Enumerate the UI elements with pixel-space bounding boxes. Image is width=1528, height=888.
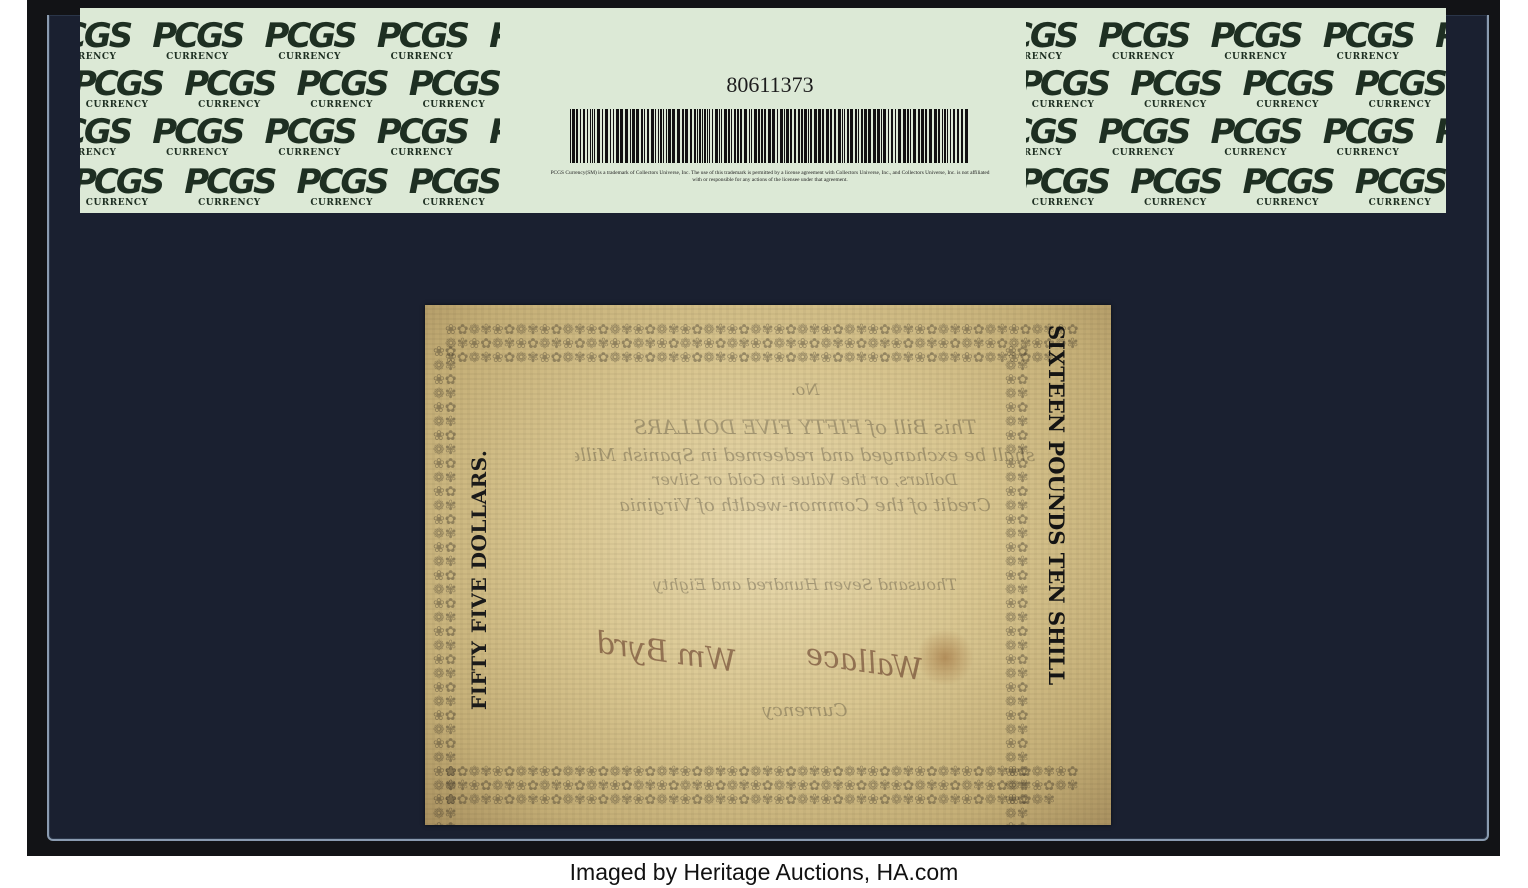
show-through-line: Thousand Seven Hundred and Eighty: [575, 575, 1035, 594]
ornament-border-bottom: ❀✿❁✾❀✿❁✾❀✿❁✾❀✿❁✾❀✿❁✾❀✿❁✾❀✿❁✾❀✿❁✾❀✿❁✾❀✿❁✾…: [445, 765, 1085, 815]
pcgs-logo: PCGSCURRENCY: [1323, 20, 1413, 62]
show-through-line: This Bill of FIFTY FIVE DOLLARS: [575, 415, 1035, 439]
pcgs-logo: PCGSCURRENCY: [297, 166, 387, 208]
pcgs-logo: PCGSCURRENCY: [489, 20, 500, 62]
pcgs-logo: PCGSCURRENCY: [80, 68, 162, 110]
pcgs-logo: PCGSCURRENCY: [152, 116, 242, 158]
pcgs-logo: PCGSCURRENCY: [377, 116, 467, 158]
logo-pattern-left: PCGSCURRENCYPCGSCURRENCYPCGSCURRENCYPCGS…: [80, 8, 500, 213]
pcgs-logo: PCGSCURRENCY: [265, 116, 355, 158]
pcgs-logo: PCGSCURRENCY: [1243, 68, 1333, 110]
pcgs-logo: PCGSCURRENCY: [1435, 116, 1446, 158]
pcgs-logo: PCGSCURRENCY: [184, 68, 274, 110]
logo-pattern-right: PCGSCURRENCYPCGSCURRENCYPCGSCURRENCYPCGS…: [1026, 8, 1446, 213]
pcgs-logo: PCGSCURRENCY: [80, 116, 130, 158]
pcgs-logo: PCGSCURRENCY: [1098, 20, 1188, 62]
signature: Wm Byrd: [593, 625, 738, 679]
show-through-line: Dollars, or the Value in Gold or Silver: [575, 470, 1035, 489]
pcgs-logo: PCGSCURRENCY: [489, 116, 500, 158]
pcgs-logo: PCGSCURRENCY: [1211, 116, 1301, 158]
pcgs-logo: PCGSCURRENCY: [1355, 166, 1445, 208]
trademark-disclaimer: PCGS Currency(SM) is a trademark of Coll…: [550, 170, 990, 184]
grading-label: PCGSCURRENCYPCGSCURRENCYPCGSCURRENCYPCGS…: [80, 8, 1446, 213]
pcgs-logo: PCGSCURRENCY: [377, 20, 467, 62]
image-credit: Imaged by Heritage Auctions, HA.com: [0, 857, 1528, 887]
pcgs-logo: PCGSCURRENCY: [1026, 116, 1076, 158]
certification-number: 80611373: [550, 72, 990, 98]
ornament-border-top: ❀✿❁✾❀✿❁✾❀✿❁✾❀✿❁✾❀✿❁✾❀✿❁✾❀✿❁✾❀✿❁✾❀✿❁✾❀✿❁✾…: [445, 323, 1085, 353]
pcgs-logo: PCGSCURRENCY: [184, 166, 274, 208]
pcgs-logo: PCGSCURRENCY: [1243, 166, 1333, 208]
signature: Wallace: [803, 637, 924, 688]
foxing-stain: [915, 630, 975, 685]
pcgs-logo: PCGSCURRENCY: [1130, 68, 1220, 110]
pcgs-logo: PCGSCURRENCY: [409, 166, 499, 208]
pcgs-logo: PCGSCURRENCY: [80, 20, 130, 62]
show-through-line: Credit of the Common-wealth of Virginia: [575, 495, 1035, 516]
ornament-border-left: ❀✿❁✾❀✿❁✾❀✿❁✾❀✿❁✾❀✿❁✾❀✿❁✾❀✿❁✾❀✿❁✾❀✿❁✾❀✿❁✾…: [433, 345, 459, 805]
pcgs-logo: PCGSCURRENCY: [297, 68, 387, 110]
show-through-line: Currency: [575, 700, 1035, 721]
pcgs-logo: PCGSCURRENCY: [1098, 116, 1188, 158]
show-through-line: shall be exchanged and redeemed in Spani…: [575, 445, 1035, 466]
pcgs-logo: PCGSCURRENCY: [1026, 68, 1108, 110]
pcgs-logo: PCGSCURRENCY: [80, 166, 162, 208]
slab-holder: PCGSCURRENCYPCGSCURRENCYPCGSCURRENCYPCGS…: [27, 0, 1500, 856]
denomination-left: FIFTY FIVE DOLLARS.: [467, 450, 491, 710]
pcgs-logo: PCGSCURRENCY: [1026, 166, 1108, 208]
pcgs-logo: PCGSCURRENCY: [409, 68, 499, 110]
show-through-line: No.: [575, 380, 1035, 399]
certification-block: 80611373 PCGS Currency(SM) is a trademar…: [550, 8, 990, 213]
banknote: ❀✿❁✾❀✿❁✾❀✿❁✾❀✿❁✾❀✿❁✾❀✿❁✾❀✿❁✾❀✿❁✾❀✿❁✾❀✿❁✾…: [425, 305, 1111, 825]
pcgs-logo: PCGSCURRENCY: [1130, 166, 1220, 208]
pcgs-logo: PCGSCURRENCY: [265, 20, 355, 62]
pcgs-logo: PCGSCURRENCY: [152, 20, 242, 62]
pcgs-logo: PCGSCURRENCY: [1435, 20, 1446, 62]
barcode: [570, 109, 970, 163]
pcgs-logo: PCGSCURRENCY: [1323, 116, 1413, 158]
pcgs-logo: PCGSCURRENCY: [1211, 20, 1301, 62]
denomination-right: SIXTEEN POUNDS TEN SHILL: [1044, 325, 1069, 685]
pcgs-logo: PCGSCURRENCY: [1026, 20, 1076, 62]
pcgs-logo: PCGSCURRENCY: [1355, 68, 1445, 110]
